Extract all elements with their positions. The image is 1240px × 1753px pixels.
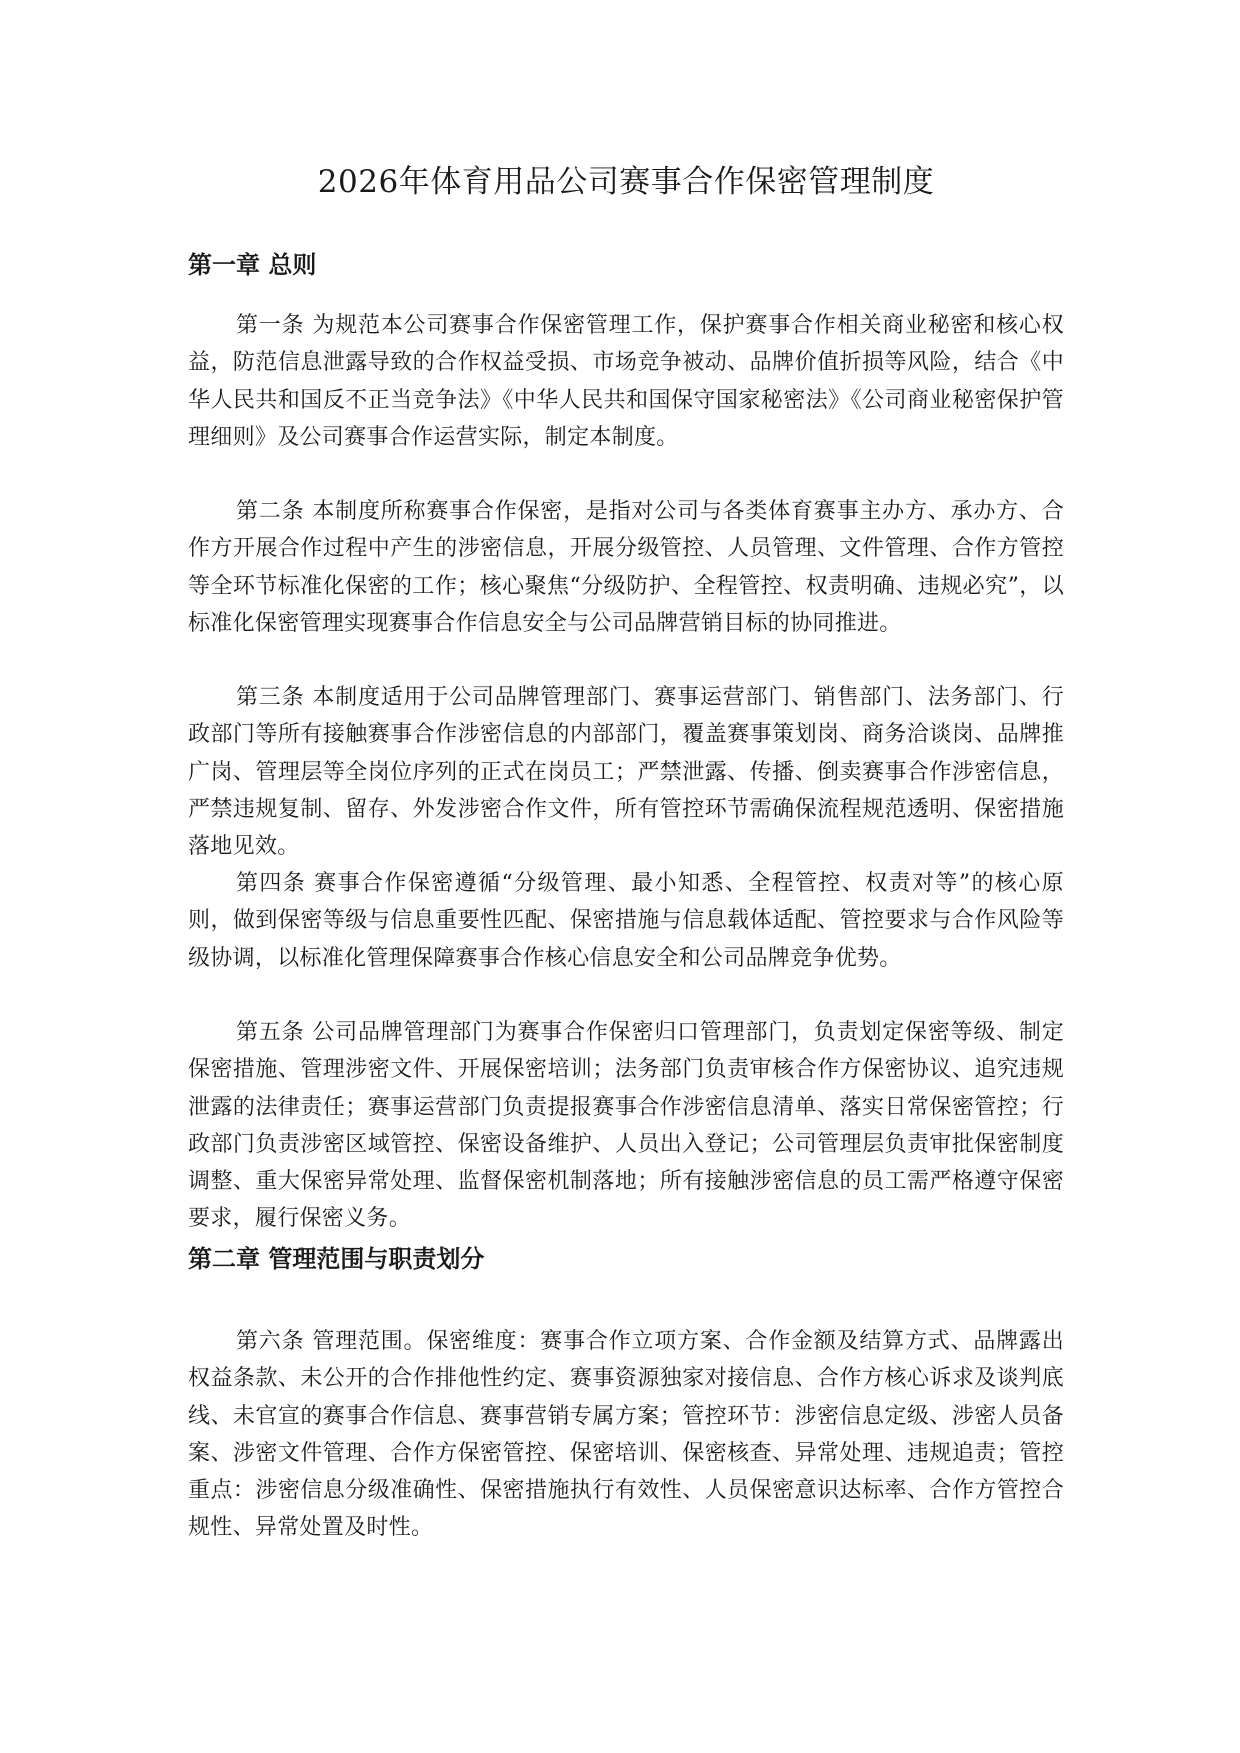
article-number: 第二条 <box>236 499 304 524</box>
chapter-1-heading: 第一章 总则 <box>188 247 316 283</box>
chapter-2-heading: 第二章 管理范围与职责划分 <box>188 1241 484 1277</box>
article-1: 第一条为规范本公司赛事合作保密管理工作，保护赛事合作相关商业秘密和核心权益，防范… <box>188 307 1064 456</box>
article-text: 本制度所称赛事合作保密，是指对公司与各类体育赛事主办方、承办方、合作方开展合作过… <box>188 499 1064 636</box>
article-number: 第六条 <box>236 1329 304 1354</box>
article-number: 第一条 <box>236 313 304 338</box>
article-text: 赛事合作保密遵循“分级管理、最小知悉、全程管控、权责对等”的核心原则，做到保密等… <box>188 871 1064 971</box>
document-title: 2026年体育用品公司赛事合作保密管理制度 <box>188 160 1064 204</box>
article-text: 本制度适用于公司品牌管理部门、赛事运营部门、销售部门、法务部门、行政部门等所有接… <box>188 685 1064 859</box>
article-text: 为规范本公司赛事合作保密管理工作，保护赛事合作相关商业秘密和核心权益，防范信息泄… <box>188 313 1064 450</box>
article-4: 第四条赛事合作保密遵循“分级管理、最小知悉、全程管控、权责对等”的核心原则，做到… <box>188 865 1064 977</box>
article-6: 第六条管理范围。保密维度：赛事合作立项方案、合作金额及结算方式、品牌露出权益条款… <box>188 1323 1064 1547</box>
article-3: 第三条本制度适用于公司品牌管理部门、赛事运营部门、销售部门、法务部门、行政部门等… <box>188 679 1064 865</box>
article-text: 管理范围。保密维度：赛事合作立项方案、合作金额及结算方式、品牌露出权益条款、未公… <box>188 1329 1064 1540</box>
article-number: 第三条 <box>236 685 304 710</box>
article-number: 第五条 <box>236 1020 304 1045</box>
article-number: 第四条 <box>236 871 306 896</box>
article-2: 第二条本制度所称赛事合作保密，是指对公司与各类体育赛事主办方、承办方、合作方开展… <box>188 493 1064 642</box>
article-5: 第五条公司品牌管理部门为赛事合作保密归口管理部门，负责划定保密等级、制定保密措施… <box>188 1014 1064 1238</box>
article-text: 公司品牌管理部门为赛事合作保密归口管理部门，负责划定保密等级、制定保密措施、管理… <box>188 1020 1064 1231</box>
